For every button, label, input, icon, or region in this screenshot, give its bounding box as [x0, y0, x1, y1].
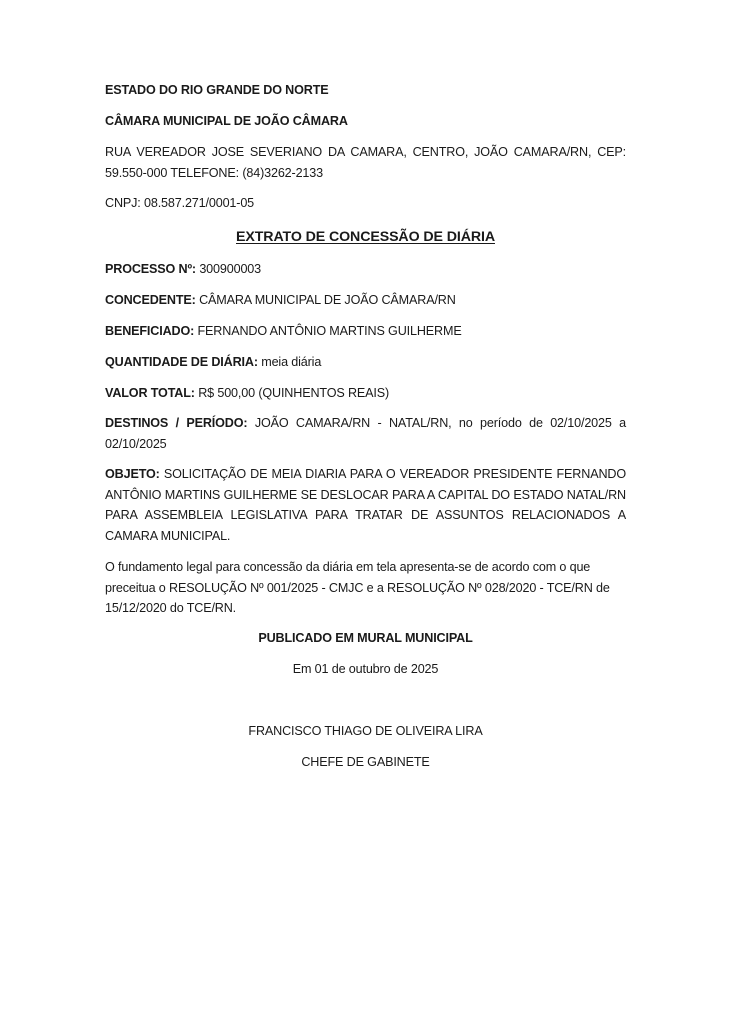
signer-name: FRANCISCO THIAGO DE OLIVEIRA LIRA: [105, 724, 626, 738]
field-label: DESTINOS / PERÍODO:: [105, 416, 247, 430]
field-value: R$ 500,00 (QUINHENTOS REAIS): [198, 386, 389, 400]
state-heading: ESTADO DO RIO GRANDE DO NORTE: [105, 83, 626, 97]
field-value: meia diária: [261, 355, 321, 369]
publication-date: Em 01 de outubro de 2025: [105, 662, 626, 676]
address-text: RUA VEREADOR JOSE SEVERIANO DA CAMARA, C…: [105, 142, 626, 183]
published-notice: PUBLICADO EM MURAL MUNICIPAL: [105, 631, 626, 645]
field-destinos-periodo: DESTINOS / PERÍODO: JOÃO CAMARA/RN - NAT…: [105, 413, 626, 454]
field-label: VALOR TOTAL:: [105, 386, 195, 400]
field-value: CÂMARA MUNICIPAL DE JOÃO CÂMARA/RN: [199, 293, 456, 307]
institution-heading: CÂMARA MUNICIPAL DE JOÃO CÂMARA: [105, 114, 626, 128]
cnpj-text: CNPJ: 08.587.271/0001-05: [105, 196, 626, 210]
field-label: CONCEDENTE:: [105, 293, 196, 307]
signer-role: CHEFE DE GABINETE: [105, 755, 626, 769]
address-value: RUA VEREADOR JOSE SEVERIANO DA CAMARA, C…: [105, 145, 626, 180]
field-label: BENEFICIADO:: [105, 324, 194, 338]
field-label: OBJETO:: [105, 467, 160, 481]
field-objeto: OBJETO: SOLICITAÇÃO DE MEIA DIARIA PARA …: [105, 464, 626, 546]
document-title: EXTRATO DE CONCESSÃO DE DIÁRIA: [105, 229, 626, 245]
field-value: SOLICITAÇÃO DE MEIA DIARIA PARA O VEREAD…: [105, 467, 626, 543]
field-concedente: CONCEDENTE: CÂMARA MUNICIPAL DE JOÃO CÂM…: [105, 293, 626, 307]
field-value: FERNANDO ANTÔNIO MARTINS GUILHERME: [198, 324, 462, 338]
field-quantidade: QUANTIDADE DE DIÁRIA: meia diária: [105, 355, 626, 369]
field-valor-total: VALOR TOTAL: R$ 500,00 (QUINHENTOS REAIS…: [105, 386, 626, 400]
legal-basis-paragraph: O fundamento legal para concessão da diá…: [105, 557, 626, 619]
field-value: 300900003: [199, 262, 261, 276]
field-processo: PROCESSO Nº: 300900003: [105, 262, 626, 276]
field-label: PROCESSO Nº:: [105, 262, 196, 276]
field-label: QUANTIDADE DE DIÁRIA:: [105, 355, 258, 369]
field-beneficiado: BENEFICIADO: FERNANDO ANTÔNIO MARTINS GU…: [105, 324, 626, 338]
